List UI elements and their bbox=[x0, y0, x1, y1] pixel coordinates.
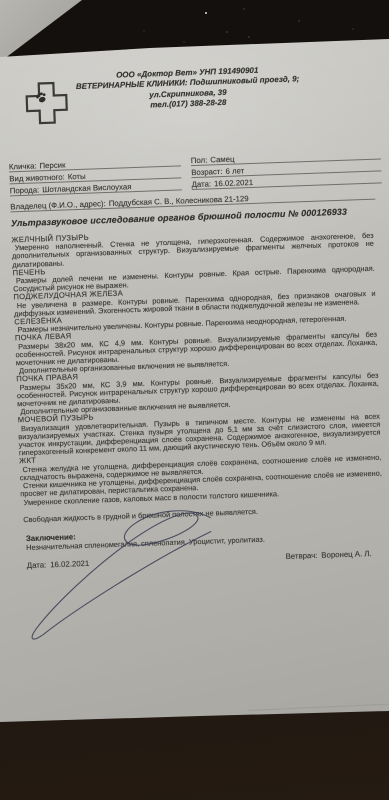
field-age-label: Возраст: bbox=[191, 167, 223, 177]
field-species-value: Коты bbox=[68, 172, 86, 182]
field-sex-label: Пол: bbox=[191, 156, 208, 166]
report-sections: ЖЕЛЧНЫЙ ПУЗЫРЬ Умеренно наполненный. Сте… bbox=[11, 224, 382, 507]
footer-vet-value: Воронец А. Л. bbox=[321, 549, 372, 560]
footer-vet-label: Ветврач: bbox=[285, 551, 317, 561]
field-date-label: Дата: bbox=[191, 179, 211, 189]
photo-scene: ООО «Доктор Вет» УНП 191490901 ВЕТЕРИНАР… bbox=[0, 0, 389, 800]
document-content: ООО «Доктор Вет» УНП 191490901 ВЕТЕРИНАР… bbox=[0, 37, 389, 570]
field-breed-label: Порода: bbox=[10, 185, 40, 195]
field-name-label: Кличка: bbox=[9, 161, 37, 171]
field-breed-value: Шотландская Вислоухая bbox=[42, 182, 132, 194]
footer-vet: Ветврач: Воронец А. Л. bbox=[285, 549, 371, 561]
field-owner-label: Владелец (Ф.И.О., адрес): bbox=[10, 199, 106, 211]
signature bbox=[17, 502, 252, 650]
patient-fields-left: Кличка: Персик Вид животного: Коты Пород… bbox=[9, 154, 182, 196]
field-species-label: Вид животного: bbox=[9, 172, 65, 183]
field-name-value: Персик bbox=[39, 160, 65, 170]
document-header: ООО «Доктор Вет» УНП 191490901 ВЕТЕРИНАР… bbox=[0, 37, 385, 151]
document-paper: ООО «Доктор Вет» УНП 191490901 ВЕТЕРИНАР… bbox=[0, 0, 389, 800]
field-sex-value: Самец bbox=[210, 155, 235, 165]
field-owner-value: Поддубская С. В., Колесникова 21-129 bbox=[109, 194, 249, 208]
field-date-value: 16.02.2021 bbox=[214, 178, 253, 188]
field-age-value: 6 лет bbox=[225, 166, 244, 176]
clinic-info: ООО «Доктор Вет» УНП 191490901 ВЕТЕРИНАР… bbox=[70, 64, 306, 114]
patient-fields-right: Пол: Самец Возраст: 6 лет Дата: 16.02.20… bbox=[191, 147, 382, 190]
vet-cross-paw-icon bbox=[24, 80, 70, 126]
